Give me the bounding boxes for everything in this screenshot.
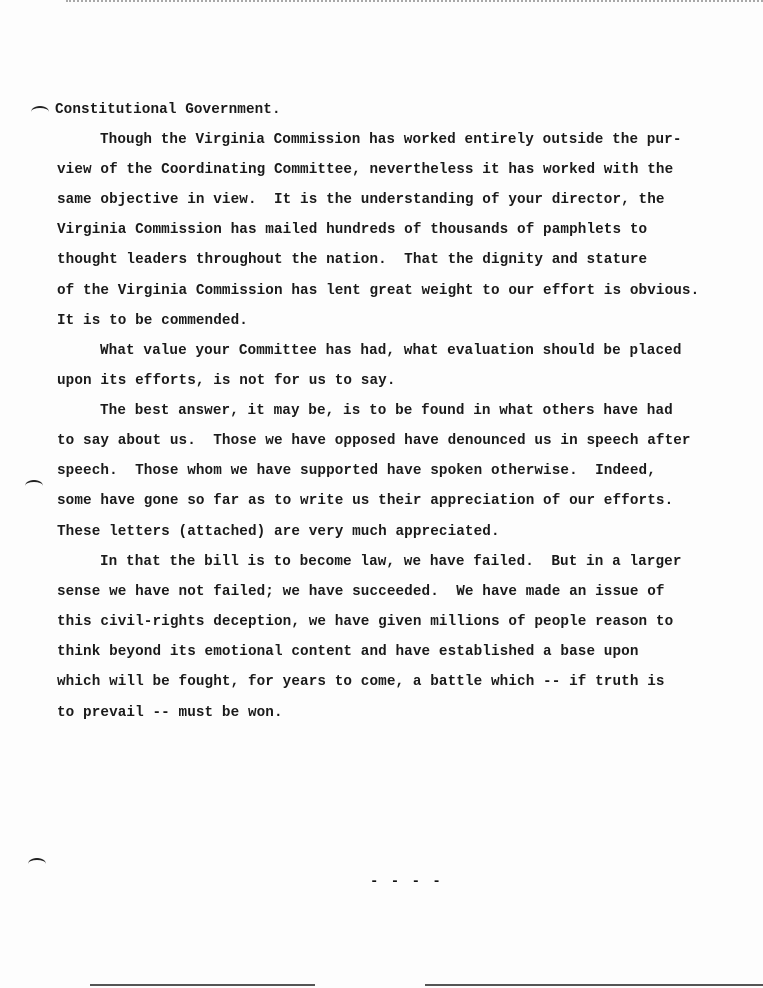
text-line: What value your Committee has had, what …: [100, 343, 682, 359]
scan-bottom-edge: [425, 984, 763, 986]
text-line: some have gone so far as to write us the…: [57, 493, 673, 509]
scan-bottom-edge: [90, 984, 315, 986]
text-line: thought leaders throughout the nation. T…: [57, 252, 647, 268]
text-line: It is to be commended.: [57, 313, 248, 329]
scan-top-edge: [66, 0, 763, 2]
text-line: think beyond its emotional content and h…: [57, 644, 639, 660]
text-line: of the Virginia Commission has lent grea…: [57, 283, 699, 299]
text-line: In that the bill is to become law, we ha…: [100, 554, 682, 570]
text-line: same objective in view. It is the unders…: [57, 192, 665, 208]
end-of-text-mark: - - - -: [370, 874, 443, 890]
binder-hole-mark: [25, 480, 43, 492]
text-line: The best answer, it may be, is to be fou…: [100, 403, 673, 419]
binder-hole-mark: [28, 858, 46, 870]
section-heading: Constitutional Government.: [55, 102, 281, 118]
text-line: which will be fought, for years to come,…: [57, 674, 665, 690]
text-line: view of the Coordinating Committee, neve…: [57, 162, 673, 178]
text-line: Though the Virginia Commission has worke…: [100, 132, 682, 148]
document-page: Constitutional Government. Though the Vi…: [0, 0, 763, 988]
text-line: These letters (attached) are very much a…: [57, 524, 500, 540]
binder-hole-mark: [31, 106, 49, 118]
text-line: speech. Those whom we have supported hav…: [57, 463, 656, 479]
text-line: this civil-rights deception, we have giv…: [57, 614, 673, 630]
text-line: to prevail -- must be won.: [57, 705, 283, 721]
text-line: to say about us. Those we have opposed h…: [57, 433, 691, 449]
text-line: Virginia Commission has mailed hundreds …: [57, 222, 647, 238]
text-line: sense we have not failed; we have succee…: [57, 584, 665, 600]
text-line: upon its efforts, is not for us to say.: [57, 373, 396, 389]
